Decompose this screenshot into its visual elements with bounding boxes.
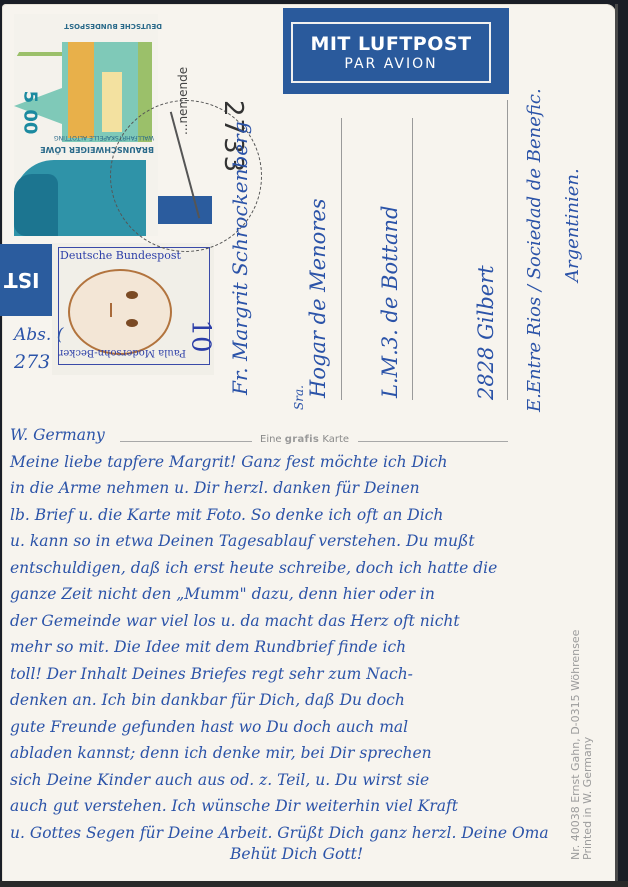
message-line: toll! Der Inhalt Deines Briefes regt seh… xyxy=(10,661,549,688)
airmail-fragment-text: IST xyxy=(4,268,40,292)
airmail-label-frame: MIT LUFTPOST PAR AVION xyxy=(291,22,491,83)
airmail-label: MIT LUFTPOST PAR AVION xyxy=(283,8,509,94)
message-line: mehr so mit. Die Idee mit dem Rundbrief … xyxy=(10,634,549,661)
address-rule-3 xyxy=(507,100,508,400)
message-line: der Gemeinde war viel los u. da macht da… xyxy=(10,608,549,635)
message-line: u. Gottes Segen für Deine Arbeit. Grüßt … xyxy=(10,820,549,847)
sender-zip-note: 273 xyxy=(14,351,50,373)
address-line-2: Hogar de Menores xyxy=(306,198,330,398)
airmail-label-fragment: IST xyxy=(0,244,56,316)
message-line: auch gut verstehen. Ich wünsche Dir weit… xyxy=(10,793,549,820)
message-line: abladen kannst; denn ich denke mir, bei … xyxy=(10,740,549,767)
stamp1-header: DEUTSCHE BUNDESPOST xyxy=(62,22,162,30)
message-line: gute Freunde gefunden hast wo Du doch au… xyxy=(10,714,549,741)
message-line: denken an. Ich bin dankbar für Dich, daß… xyxy=(10,687,549,714)
card-edge xyxy=(615,4,618,884)
airmail-line2: PAR AVION xyxy=(344,55,437,73)
handwritten-message: W. Germany Meine liebe tapfere Margrit! … xyxy=(10,422,549,862)
stamp-paula-modersohn-becker: Deutsche Bundespost Paula Modersohn-Beck… xyxy=(52,243,214,375)
message-line: sich Deine Kinder auch aus od. z. Teil, … xyxy=(10,767,549,794)
portrait-icon xyxy=(68,269,172,355)
postmark-place: ...nemende xyxy=(176,67,190,135)
message-closing: Behüt Dich Gott! xyxy=(10,846,549,862)
message-line: W. Germany xyxy=(10,422,549,449)
address-line-1: Fr. Margrit Schrockenberg xyxy=(228,122,252,396)
message-line: lb. Brief u. die Karte mit Foto. So denk… xyxy=(10,502,549,529)
sender-abs-note: Abs. ( xyxy=(14,325,63,345)
address-rule-2 xyxy=(412,118,413,400)
airmail-line1: MIT LUFTPOST xyxy=(310,33,471,55)
address-line-1-prefix: Sra. xyxy=(292,385,306,410)
address-line-4: 2828 Gilbert xyxy=(474,265,498,400)
card-bottom-edge xyxy=(0,881,628,887)
message-line: entschuldigen, daß ich erst heute schrei… xyxy=(10,555,549,582)
message-line: u. kann so in etwa Deinen Tagesablauf ve… xyxy=(10,528,549,555)
message-line: ganze Zeit nicht den „Mumm" dazu, denn h… xyxy=(10,581,549,608)
message-line: Meine liebe tapfere Margrit! Ganz fest m… xyxy=(10,449,549,476)
stamp2-header: Deutsche Bundespost xyxy=(60,249,181,262)
stamp1-value: 5 00 xyxy=(19,91,40,135)
message-line: in die Arme nehmen u. Dir herzl. danken … xyxy=(10,475,549,502)
address-line-3: L.M.3. de Bottand xyxy=(378,206,402,399)
publisher-imprint: Nr. 40038 Ernst Gahn, D-0315 Wöhrensee P… xyxy=(570,630,594,860)
address-line-6: Argentinien. xyxy=(562,168,583,282)
address-rule-1 xyxy=(341,118,342,400)
address-line-5: E.Entre Rios / Sociedad de Benefic. xyxy=(524,88,545,412)
stamp2-value: 10 xyxy=(186,319,216,352)
stamp2-name: Paula Modersohn-Becker xyxy=(66,347,186,358)
